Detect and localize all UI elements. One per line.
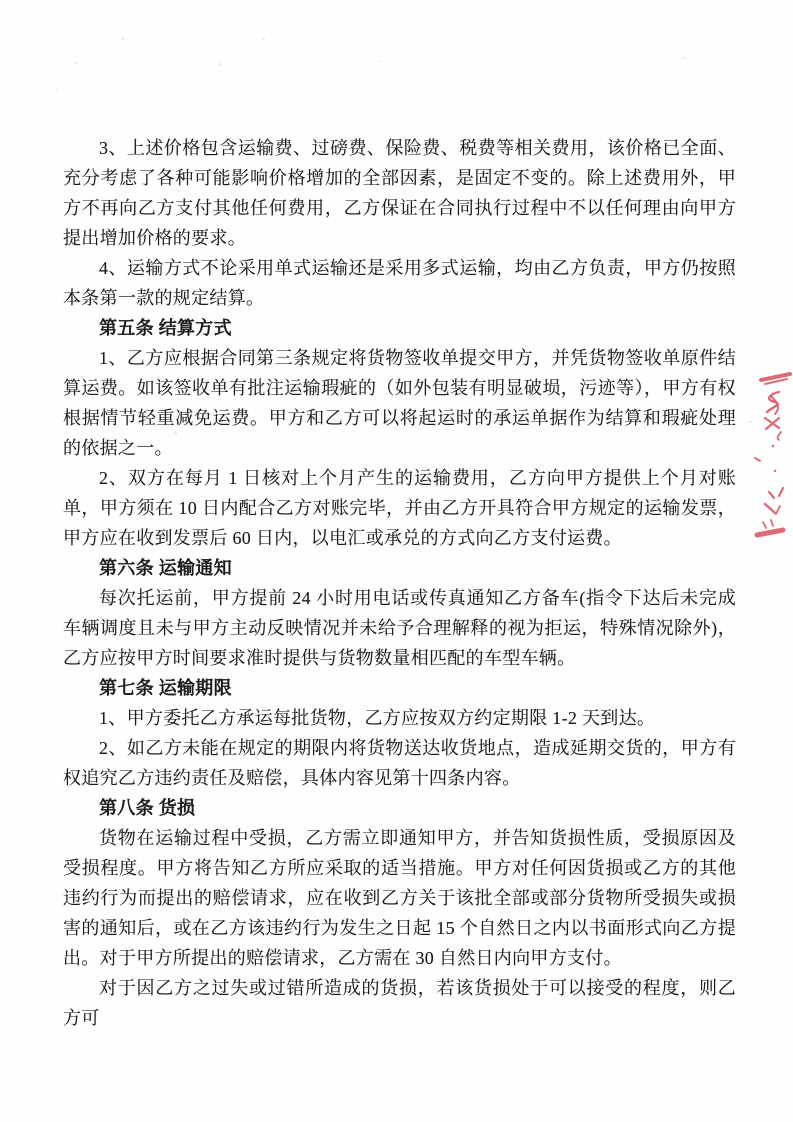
- clause-heading-article-5: 第五条 结算方式: [63, 313, 736, 343]
- clause-paragraph: 4、运输方式不论采用单式运输还是采用多式运输，均由乙方负责，甲方仍按照本条第一款…: [63, 253, 736, 313]
- clause-paragraph: 2、双方在每月 1 日核对上个月产生的运输费用，乙方向甲方提供上个月对账单，甲方…: [63, 463, 736, 553]
- clause-heading-article-7: 第七条 运输期限: [63, 673, 736, 703]
- clause-paragraph: 1、甲方委托乙方承运每批货物，乙方应按双方约定期限 1-2 天到达。: [63, 703, 736, 733]
- clause-heading-article-8: 第八条 货损: [63, 793, 736, 823]
- contract-text-block: 3、上述价格包含运输费、过磅费、保险费、税费等相关费用，该价格已全面、充分考虑了…: [63, 133, 736, 1033]
- scan-speck: [380, 60, 382, 62]
- clause-heading-article-6: 第六条 运输通知: [63, 553, 736, 583]
- scan-speck: [75, 62, 78, 64]
- scan-speck: [121, 37, 124, 40]
- red-stamp-fragment: [735, 370, 793, 540]
- contract-page: 3、上述价格包含运输费、过磅费、保险费、税费等相关费用，该价格已全面、充分考虑了…: [0, 0, 793, 1122]
- scan-speck: [56, 89, 58, 91]
- scan-speck: [749, 421, 752, 423]
- clause-paragraph: 对于因乙方之过失或过错所造成的货损，若该货损处于可以接受的程度，则乙方可: [63, 973, 736, 1033]
- clause-paragraph: 每次托运前，甲方提前 24 小时用电话或传真通知乙方备车(指令下达后未完成车辆调…: [63, 583, 736, 673]
- scan-speck: [95, 59, 97, 61]
- clause-paragraph: 货物在运输过程中受损，乙方需立即通知甲方，并告知货损性质，受损原因及受损程度。甲…: [63, 823, 736, 973]
- clause-paragraph: 2、如乙方未能在规定的期限内将货物送达收货地点，造成延期交货的，甲方有权追究乙方…: [63, 733, 736, 793]
- scan-speck: [262, 38, 265, 40]
- scan-speck: [683, 57, 686, 59]
- scan-speck: [219, 63, 222, 66]
- clause-paragraph: 1、乙方应根据合同第三条规定将货物签收单提交甲方，并凭货物签收单原件结算运费。如…: [63, 343, 736, 463]
- clause-paragraph: 3、上述价格包含运输费、过磅费、保险费、税费等相关费用，该价格已全面、充分考虑了…: [63, 133, 736, 253]
